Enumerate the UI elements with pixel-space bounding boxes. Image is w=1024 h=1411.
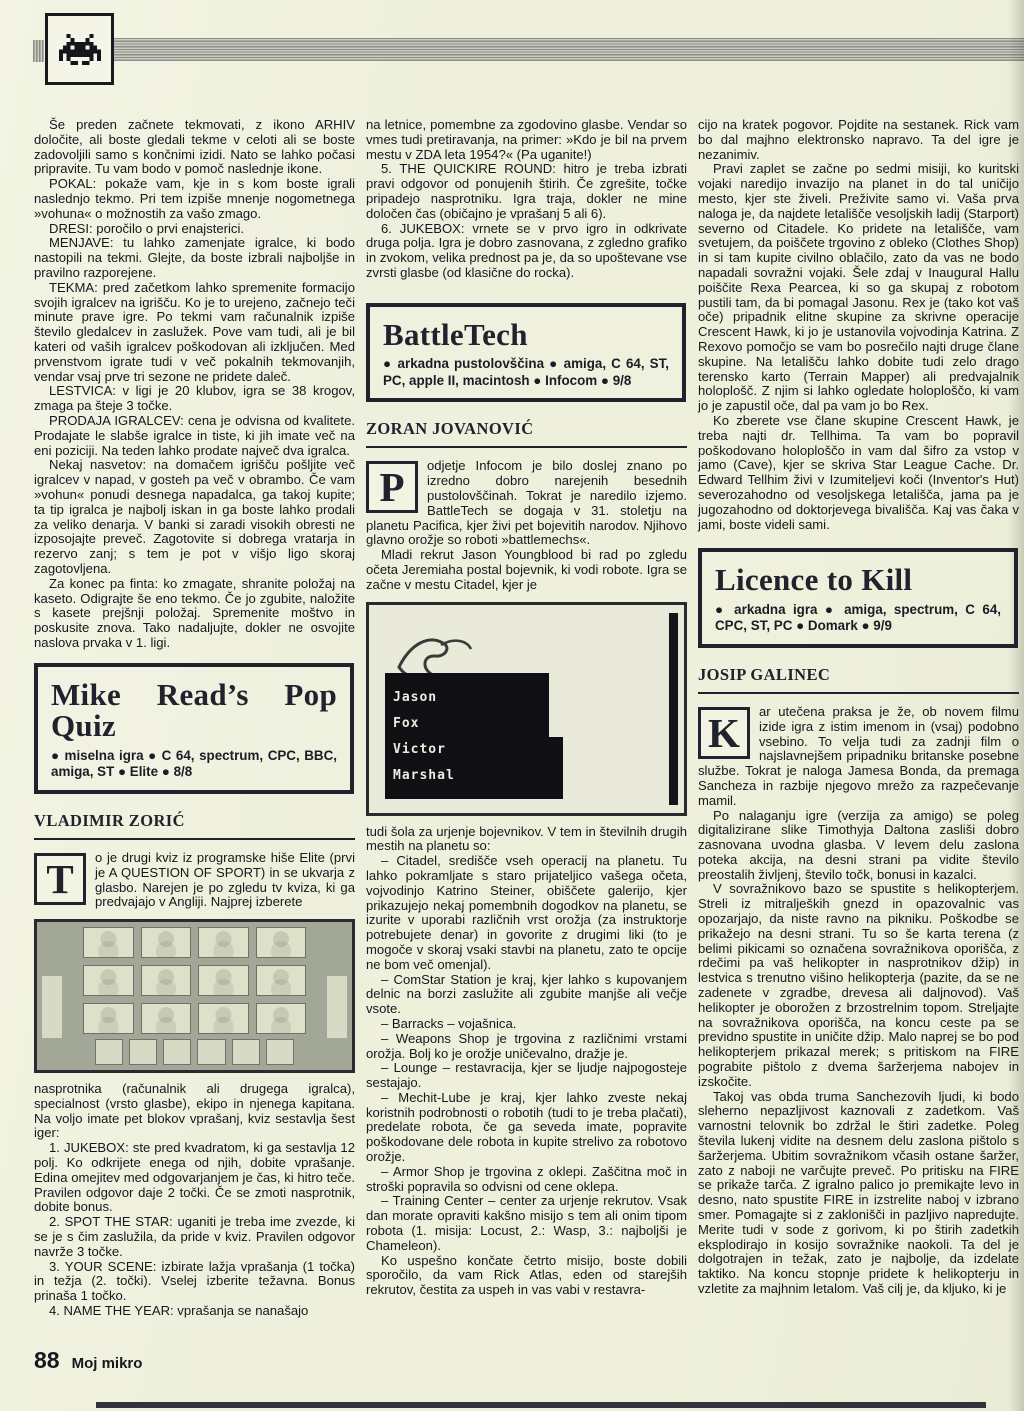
face-tile [83,965,134,996]
body-paragraph: PRODAJA IGRALCEV: cena je odvisna od kva… [34,414,355,458]
body-paragraph: Še preden začnete tekmovati, z ikono ARH… [34,118,355,177]
face-tile [256,927,307,958]
body-paragraph: V sovražnikovo bazo se spustite s heliko… [698,882,1019,1089]
menu-item: Jason [393,685,541,711]
body-paragraph: K ar utečena praksa je že, ob novem film… [698,705,1019,809]
page-number: 88 [34,1347,60,1373]
review-header-licence-to-kill: Licence to Kill ● arkadna igra ● amiga, … [698,548,1018,648]
body-paragraph: 5. THE QUICKIRE ROUND: hitro je treba iz… [366,162,687,221]
battletech-screenshot: Jason Fox Victor Marshal [366,602,687,816]
paragraph-text: o je drugi kviz iz programske hiše Elite… [95,850,355,909]
game-meta: ● arkadna igra ● amiga, spectrum, C 64, … [715,602,1001,635]
bottom-rule [96,1402,986,1408]
face-tile [141,927,192,958]
game-title: BattleTech [383,319,669,351]
author-byline: ZORAN JOVANOVIĆ [366,419,687,448]
game-meta: ● arkadna pustolovščina ● amiga, C 64, S… [383,356,669,389]
menu-step-panel [533,737,563,799]
body-paragraph: tudi šola za urjenje bojevnikov. V tem i… [366,825,687,855]
body-paragraph: Ko zberete vse člane skupine Crescent Ha… [698,414,1019,532]
body-paragraph: Pravi zaplet se začne po sedmi misiji, k… [698,162,1019,414]
body-paragraph: – Citadel, središče vseh operacij na pla… [366,854,687,972]
face-tile [198,1003,249,1034]
face-tile [256,965,307,996]
body-paragraph: – ComStar Station je kraj, kjer lahko s … [366,973,687,1017]
body-paragraph: 4. NAME THE YEAR: vprašanja se nanašajo [34,1304,355,1319]
menu-item: Fox [393,711,541,737]
body-paragraph: TEKMA: pred začetkom lahko spremenite fo… [34,281,355,385]
body-paragraph: – Lounge – restavracija, kjer se ljudje … [366,1061,687,1091]
body-paragraph: – Training Center – center za urjenje re… [366,1194,687,1253]
face-tile [83,1003,134,1034]
menu-item: Marshal [393,763,541,789]
screenshot-edge-panel [42,976,62,1038]
menu-item: Victor [393,737,541,763]
small-tile [266,1039,294,1065]
face-tile [198,927,249,958]
face-tile [141,1003,192,1034]
body-paragraph: LESTVICA: v ligi je 20 klubov, igra se 3… [34,384,355,414]
drop-cap: K [698,707,750,759]
screenshot-edge-panel [327,976,347,1038]
body-paragraph: – Mechit-Lube je kraj, kjer lahko zveste… [366,1091,687,1165]
column-middle: na letnice, pomembne za zgodovino glasbe… [366,118,687,1298]
magazine-page: Še preden začnete tekmovati, z ikono ARH… [0,0,1024,1411]
small-tile [197,1039,225,1065]
game-title: Mike Read’s Pop Quiz [51,679,337,742]
column-right: cijo na kratek pogovor. Pojdite na sesta… [698,118,1019,1297]
face-tile [141,965,192,996]
body-paragraph: MENJAVE: tu lahko zamenjate igralce, ki … [34,236,355,280]
magazine-name: Moj mikro [72,1355,143,1372]
body-paragraph: Nekaj nasvetov: na domačem igrišču pošlj… [34,458,355,576]
author-byline: JOSIP GALINEC [698,665,1019,694]
body-paragraph: DRESI: poročilo o prvi enajsterici. [34,222,355,237]
body-paragraph: POKAL: pokaže vam, kje in s kom boste ig… [34,177,355,221]
drop-cap: T [34,853,86,905]
body-paragraph: 3. YOUR SCENE: izbirate lažja vprašanja … [34,1260,355,1304]
body-paragraph: T o je drugi kviz iz programske hiše Eli… [34,851,355,910]
bottom-tile-strip [95,1039,294,1065]
section-icon-box [45,13,114,85]
body-paragraph: – Armor Shop je trgovina z oklepi. Zašči… [366,1165,687,1195]
face-grid [83,927,306,1034]
body-paragraph: Ko uspešno končate četrto misijo, boste … [366,1254,687,1298]
popquiz-screenshot [34,919,355,1073]
body-paragraph: Po nalaganju igre (verzija za amigo) se … [698,809,1019,883]
body-paragraph: 6. JUKEBOX: vrnete se v prvo igro in odk… [366,222,687,281]
character-menu: Jason Fox Victor Marshal [385,673,549,799]
drop-cap: P [366,461,418,513]
masthead-stripe-block [33,40,44,62]
body-paragraph: 1. JUKEBOX: ste pred kvadratom, ki ga se… [34,1141,355,1215]
face-tile [256,1003,307,1034]
small-tile [129,1039,157,1065]
small-tile [95,1039,123,1065]
face-tile [83,927,134,958]
review-header-battletech: BattleTech ● arkadna pustolovščina ● ami… [366,303,686,403]
page-footer: 88Moj mikro [34,1347,355,1374]
small-tile [232,1039,260,1065]
game-meta: ● miselna igra ● C 64, spectrum, CPC, BB… [51,748,337,781]
body-paragraph: nasprotnika (računalnik ali drugega igra… [34,1082,355,1141]
body-paragraph: P odjetje Infocom je bilo doslej znano p… [366,459,687,548]
game-title: Licence to Kill [715,564,1001,596]
review-header-mike-reads-pop-quiz: Mike Read’s Pop Quiz ● miselna igra ● C … [34,663,354,794]
body-paragraph: Mladi rekrut Jason Youngblood bi rad po … [366,548,687,592]
face-tile [198,965,249,996]
body-paragraph: na letnice, pomembne za zgodovino glasbe… [366,118,687,162]
space-invader-icon [59,34,101,65]
masthead-band [106,38,1024,61]
body-paragraph: – Barracks – vojašnica. [366,1017,687,1032]
body-paragraph: – Weapons Shop je trgovina z različnimi … [366,1032,687,1062]
screenshot-right-bar [669,613,678,805]
column-left: Še preden začnete tekmovati, z ikono ARH… [34,118,355,1374]
author-byline: VLADIMIR ZORIĆ [34,811,355,840]
body-paragraph: 2. SPOT THE STAR: uganiti je treba ime z… [34,1215,355,1259]
body-paragraph: Za konec pa finta: ko zmagate, shranite … [34,577,355,651]
small-tile [163,1039,191,1065]
body-paragraph: cijo na kratek pogovor. Pojdite na sesta… [698,118,1019,162]
body-paragraph: Takoj vas obda truma Sanchezovih ljudi, … [698,1090,1019,1297]
